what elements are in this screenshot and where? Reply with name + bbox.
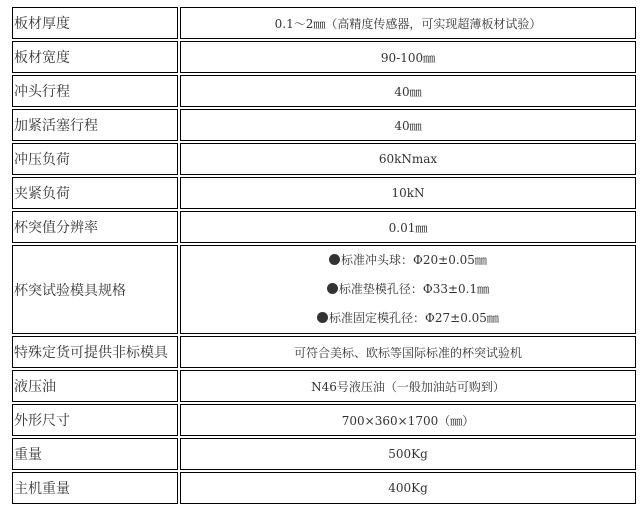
die-spec-item: 标准垫模孔径：Φ33±0.1㎜ <box>181 275 635 304</box>
die-spec-text: 标准垫模孔径：Φ33±0.1㎜ <box>339 282 489 296</box>
table-row: 重量 500Kg <box>12 438 636 470</box>
row-value: 40㎜ <box>180 109 636 141</box>
row-label: 液压油 <box>12 370 178 402</box>
row-label: 杯突试验模具规格 <box>12 245 178 334</box>
row-label: 特殊定货可提供非标模具 <box>12 336 178 368</box>
row-value: 40㎜ <box>180 75 636 107</box>
table-row: 外形尺寸 700×360×1700（㎜） <box>12 404 636 436</box>
row-label: 冲头行程 <box>12 75 178 107</box>
bullet-icon <box>327 283 338 294</box>
row-label: 板材宽度 <box>12 41 178 73</box>
table-row: 杯突值分辨率 0.01㎜ <box>12 211 636 243</box>
row-label: 夹紧负荷 <box>12 177 178 209</box>
table-row: 冲压负荷 60kNmax <box>12 143 636 175</box>
bullet-icon <box>317 312 328 323</box>
row-label: 板材厚度 <box>12 7 178 39</box>
row-value: 0.01㎜ <box>180 211 636 243</box>
row-label: 重量 <box>12 438 178 470</box>
row-value: 90-100㎜ <box>180 41 636 73</box>
row-label: 杯突值分辨率 <box>12 211 178 243</box>
table-row: 板材厚度 0.1～2㎜（高精度传感器，可实现超薄板材试验） <box>12 7 636 39</box>
table-row: 特殊定货可提供非标模具 可符合美标、欧标等国际标准的杯突试验机 <box>12 336 636 368</box>
bullet-icon <box>329 254 340 265</box>
table-row: 液压油 N46号液压油（一般加油站可购到） <box>12 370 636 402</box>
die-spec-list: 标准冲头球：Φ20±0.05㎜ 标准垫模孔径：Φ33±0.1㎜ 标准固定模孔径：… <box>180 245 636 334</box>
row-value: 500Kg <box>180 438 636 470</box>
row-value: 可符合美标、欧标等国际标准的杯突试验机 <box>180 336 636 368</box>
table-row: 加紧活塞行程 40㎜ <box>12 109 636 141</box>
die-spec-text: 标准固定模孔径：Φ27±0.05㎜ <box>329 311 499 325</box>
row-value: 400Kg <box>180 472 636 504</box>
row-value: N46号液压油（一般加油站可购到） <box>180 370 636 402</box>
table-row: 主机重量 400Kg <box>12 472 636 504</box>
row-value: 10kN <box>180 177 636 209</box>
table-row: 冲头行程 40㎜ <box>12 75 636 107</box>
row-label: 冲压负荷 <box>12 143 178 175</box>
die-spec-item: 标准冲头球：Φ20±0.05㎜ <box>181 246 635 275</box>
row-value: 0.1～2㎜（高精度传感器，可实现超薄板材试验） <box>180 7 636 39</box>
table-row: 板材宽度 90-100㎜ <box>12 41 636 73</box>
row-value: 700×360×1700（㎜） <box>180 404 636 436</box>
table-row: 夹紧负荷 10kN <box>12 177 636 209</box>
row-label: 加紧活塞行程 <box>12 109 178 141</box>
row-label: 主机重量 <box>12 472 178 504</box>
spec-table: 板材厚度 0.1～2㎜（高精度传感器，可实现超薄板材试验） 板材宽度 90-10… <box>10 5 638 506</box>
row-value: 60kNmax <box>180 143 636 175</box>
table-row-die-specs: 杯突试验模具规格 标准冲头球：Φ20±0.05㎜ 标准垫模孔径：Φ33±0.1㎜… <box>12 245 636 334</box>
row-label: 外形尺寸 <box>12 404 178 436</box>
die-spec-item: 标准固定模孔径：Φ27±0.05㎜ <box>181 304 635 333</box>
die-spec-text: 标准冲头球：Φ20±0.05㎜ <box>341 253 487 267</box>
